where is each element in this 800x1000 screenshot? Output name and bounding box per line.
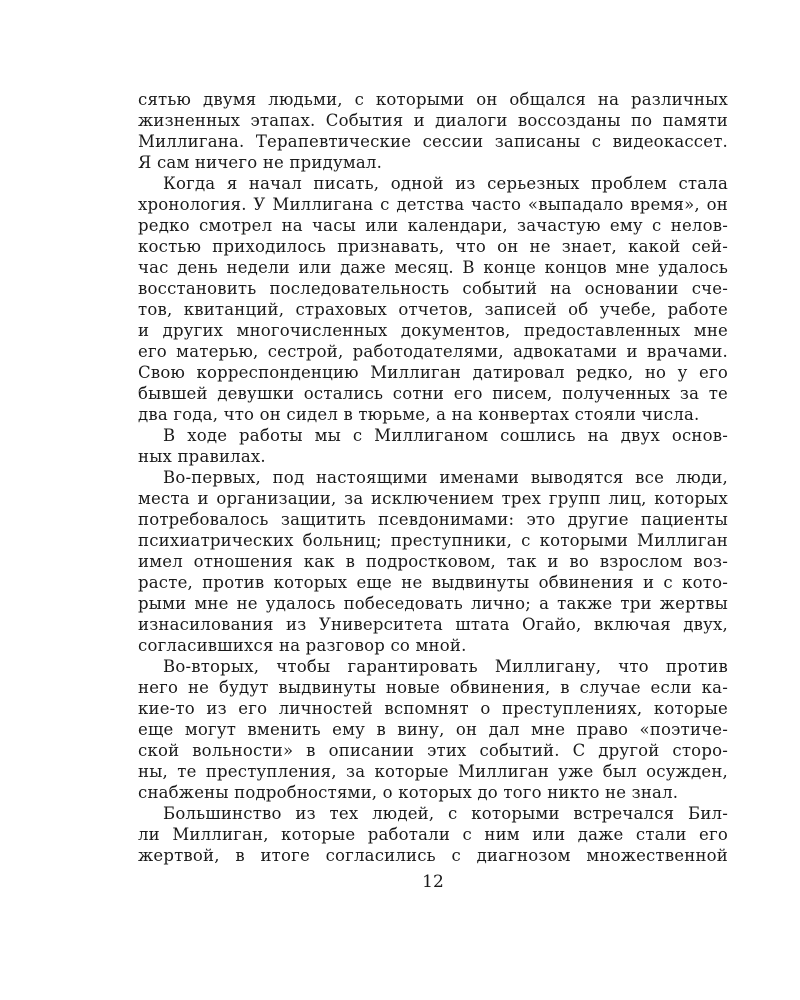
- page-text-block: сятью двумя людьми, с которыми он общалс…: [138, 89, 728, 866]
- text-line: два года, что он сидел в тюрьме, а на ко…: [138, 404, 728, 425]
- text-line: костью приходилось признавать, что он не…: [138, 236, 728, 257]
- text-line: Я сам ничего не придумал.: [138, 152, 728, 173]
- text-line: изнасилования из Университета штата Огай…: [138, 614, 728, 635]
- text-line: имел отношения как в подростковом, так и…: [138, 551, 728, 572]
- text-line: жизненных этапах. События и диалоги восс…: [138, 110, 728, 131]
- text-line: рыми мне не удалось побеседовать лично; …: [138, 593, 728, 614]
- text-line: еще могут вменить ему в вину, он дал мне…: [138, 719, 728, 740]
- text-line: него не будут выдвинуты новые обвинения,…: [138, 677, 728, 698]
- text-line: Миллигана. Терапевтические сессии записа…: [138, 131, 728, 152]
- text-line: ных правилах.: [138, 446, 728, 467]
- text-line: психиатрических больниц; преступники, с …: [138, 530, 728, 551]
- book-page: сятью двумя людьми, с которыми он общалс…: [0, 0, 800, 1000]
- text-line: Свою корреспонденцию Миллиган датировал …: [138, 362, 728, 383]
- text-line: редко смотрел на часы или календари, зач…: [138, 215, 728, 236]
- text-line: Большинство из тех людей, с которыми вст…: [138, 803, 728, 824]
- text-line: согласившихся на разговор со мной.: [138, 635, 728, 656]
- text-line: Когда я начал писать, одной из серьезных…: [138, 173, 728, 194]
- text-line: снабжены подробностями, о которых до тог…: [138, 782, 728, 803]
- text-line: бывшей девушки остались сотни его писем,…: [138, 383, 728, 404]
- text-line: ли Миллиган, которые работали с ним или …: [138, 824, 728, 845]
- text-line: хронология. У Миллигана с детства часто …: [138, 194, 728, 215]
- text-line: час день недели или даже месяц. В конце …: [138, 257, 728, 278]
- text-line: потребовалось защитить псевдонимами: это…: [138, 509, 728, 530]
- text-line: кие-то из его личностей вспомнят о прест…: [138, 698, 728, 719]
- text-line: В ходе работы мы с Миллиганом сошлись на…: [138, 425, 728, 446]
- text-line: тов, квитанций, страховых отчетов, запис…: [138, 299, 728, 320]
- text-line: расте, против которых еще не выдвинуты о…: [138, 572, 728, 593]
- page-number: 12: [138, 872, 728, 893]
- text-line: сятью двумя людьми, с которыми он общалс…: [138, 89, 728, 110]
- text-line: и других многочисленных документов, пред…: [138, 320, 728, 341]
- text-line: жертвой, в итоге согласились с диагнозом…: [138, 845, 728, 866]
- text-line: места и организации, за исключением трех…: [138, 488, 728, 509]
- text-line: Во-первых, под настоящими именами выводя…: [138, 467, 728, 488]
- text-line: ской вольности» в описании этих событий.…: [138, 740, 728, 761]
- text-line: Во-вторых, чтобы гарантировать Миллигану…: [138, 656, 728, 677]
- text-line: его матерью, сестрой, работодателями, ад…: [138, 341, 728, 362]
- text-line: восстановить последовательность событий …: [138, 278, 728, 299]
- text-line: ны, те преступления, за которые Миллиган…: [138, 761, 728, 782]
